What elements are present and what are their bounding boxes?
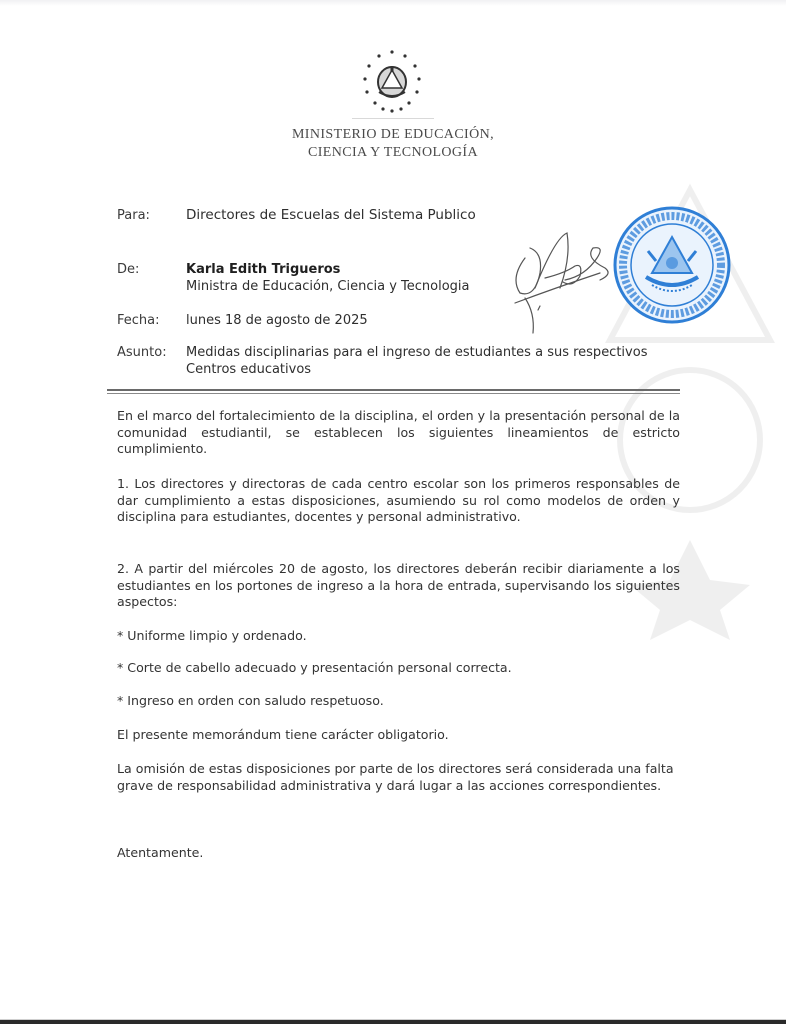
national-coat-of-arms-icon (357, 48, 427, 118)
date-label: Fecha: (117, 313, 160, 328)
ministry-name-line2: CIENCIA Y TECNOLOGÍA (200, 144, 586, 162)
omission-paragraph: La omisión de estas disposiciones por pa… (117, 761, 680, 794)
handwritten-signature-icon (505, 218, 615, 338)
mandatory-statement: El presente memorándum tiene carácter ob… (117, 727, 680, 744)
point-2-paragraph: 2. A partir del miércoles 20 de agosto, … (117, 561, 680, 611)
date-value: lunes 18 de agosto de 2025 (186, 312, 368, 329)
to-value: Directores de Escuelas del Sistema Publi… (186, 207, 476, 224)
intro-paragraph: En el marco del fortalecimiento de la di… (117, 408, 680, 458)
ministry-name-line1: MINISTERIO DE EDUCACIÓN, (200, 126, 586, 144)
ministry-name: MINISTERIO DE EDUCACIÓN, CIENCIA Y TECNO… (200, 126, 586, 162)
subject-line2: Centros educativos (186, 361, 311, 378)
closing-text: Atentamente. (117, 845, 680, 862)
bullet-uniform: * Uniforme limpio y ordenado. (117, 628, 680, 645)
point-1-paragraph: 1. Los directores y directoras de cada c… (117, 476, 680, 526)
from-title: Ministra de Educación, Ciencia y Tecnolo… (186, 278, 470, 295)
subject-line1: Medidas disciplinarias para el ingreso d… (186, 344, 647, 361)
scan-bottom-edge (0, 1019, 786, 1024)
header-double-rule (107, 389, 680, 394)
to-label: Para: (117, 208, 150, 223)
from-name: Karla Edith Trigueros (186, 261, 340, 278)
official-stamp-icon (612, 205, 732, 325)
subject-label: Asunto: (117, 345, 167, 360)
crest-divider (352, 118, 434, 119)
scan-top-edge (0, 0, 786, 6)
from-label: De: (117, 262, 139, 277)
bullet-haircut: * Corte de cabello adecuado y presentaci… (117, 660, 680, 677)
bullet-entry-order: * Ingreso en orden con saludo respetuoso… (117, 693, 680, 710)
